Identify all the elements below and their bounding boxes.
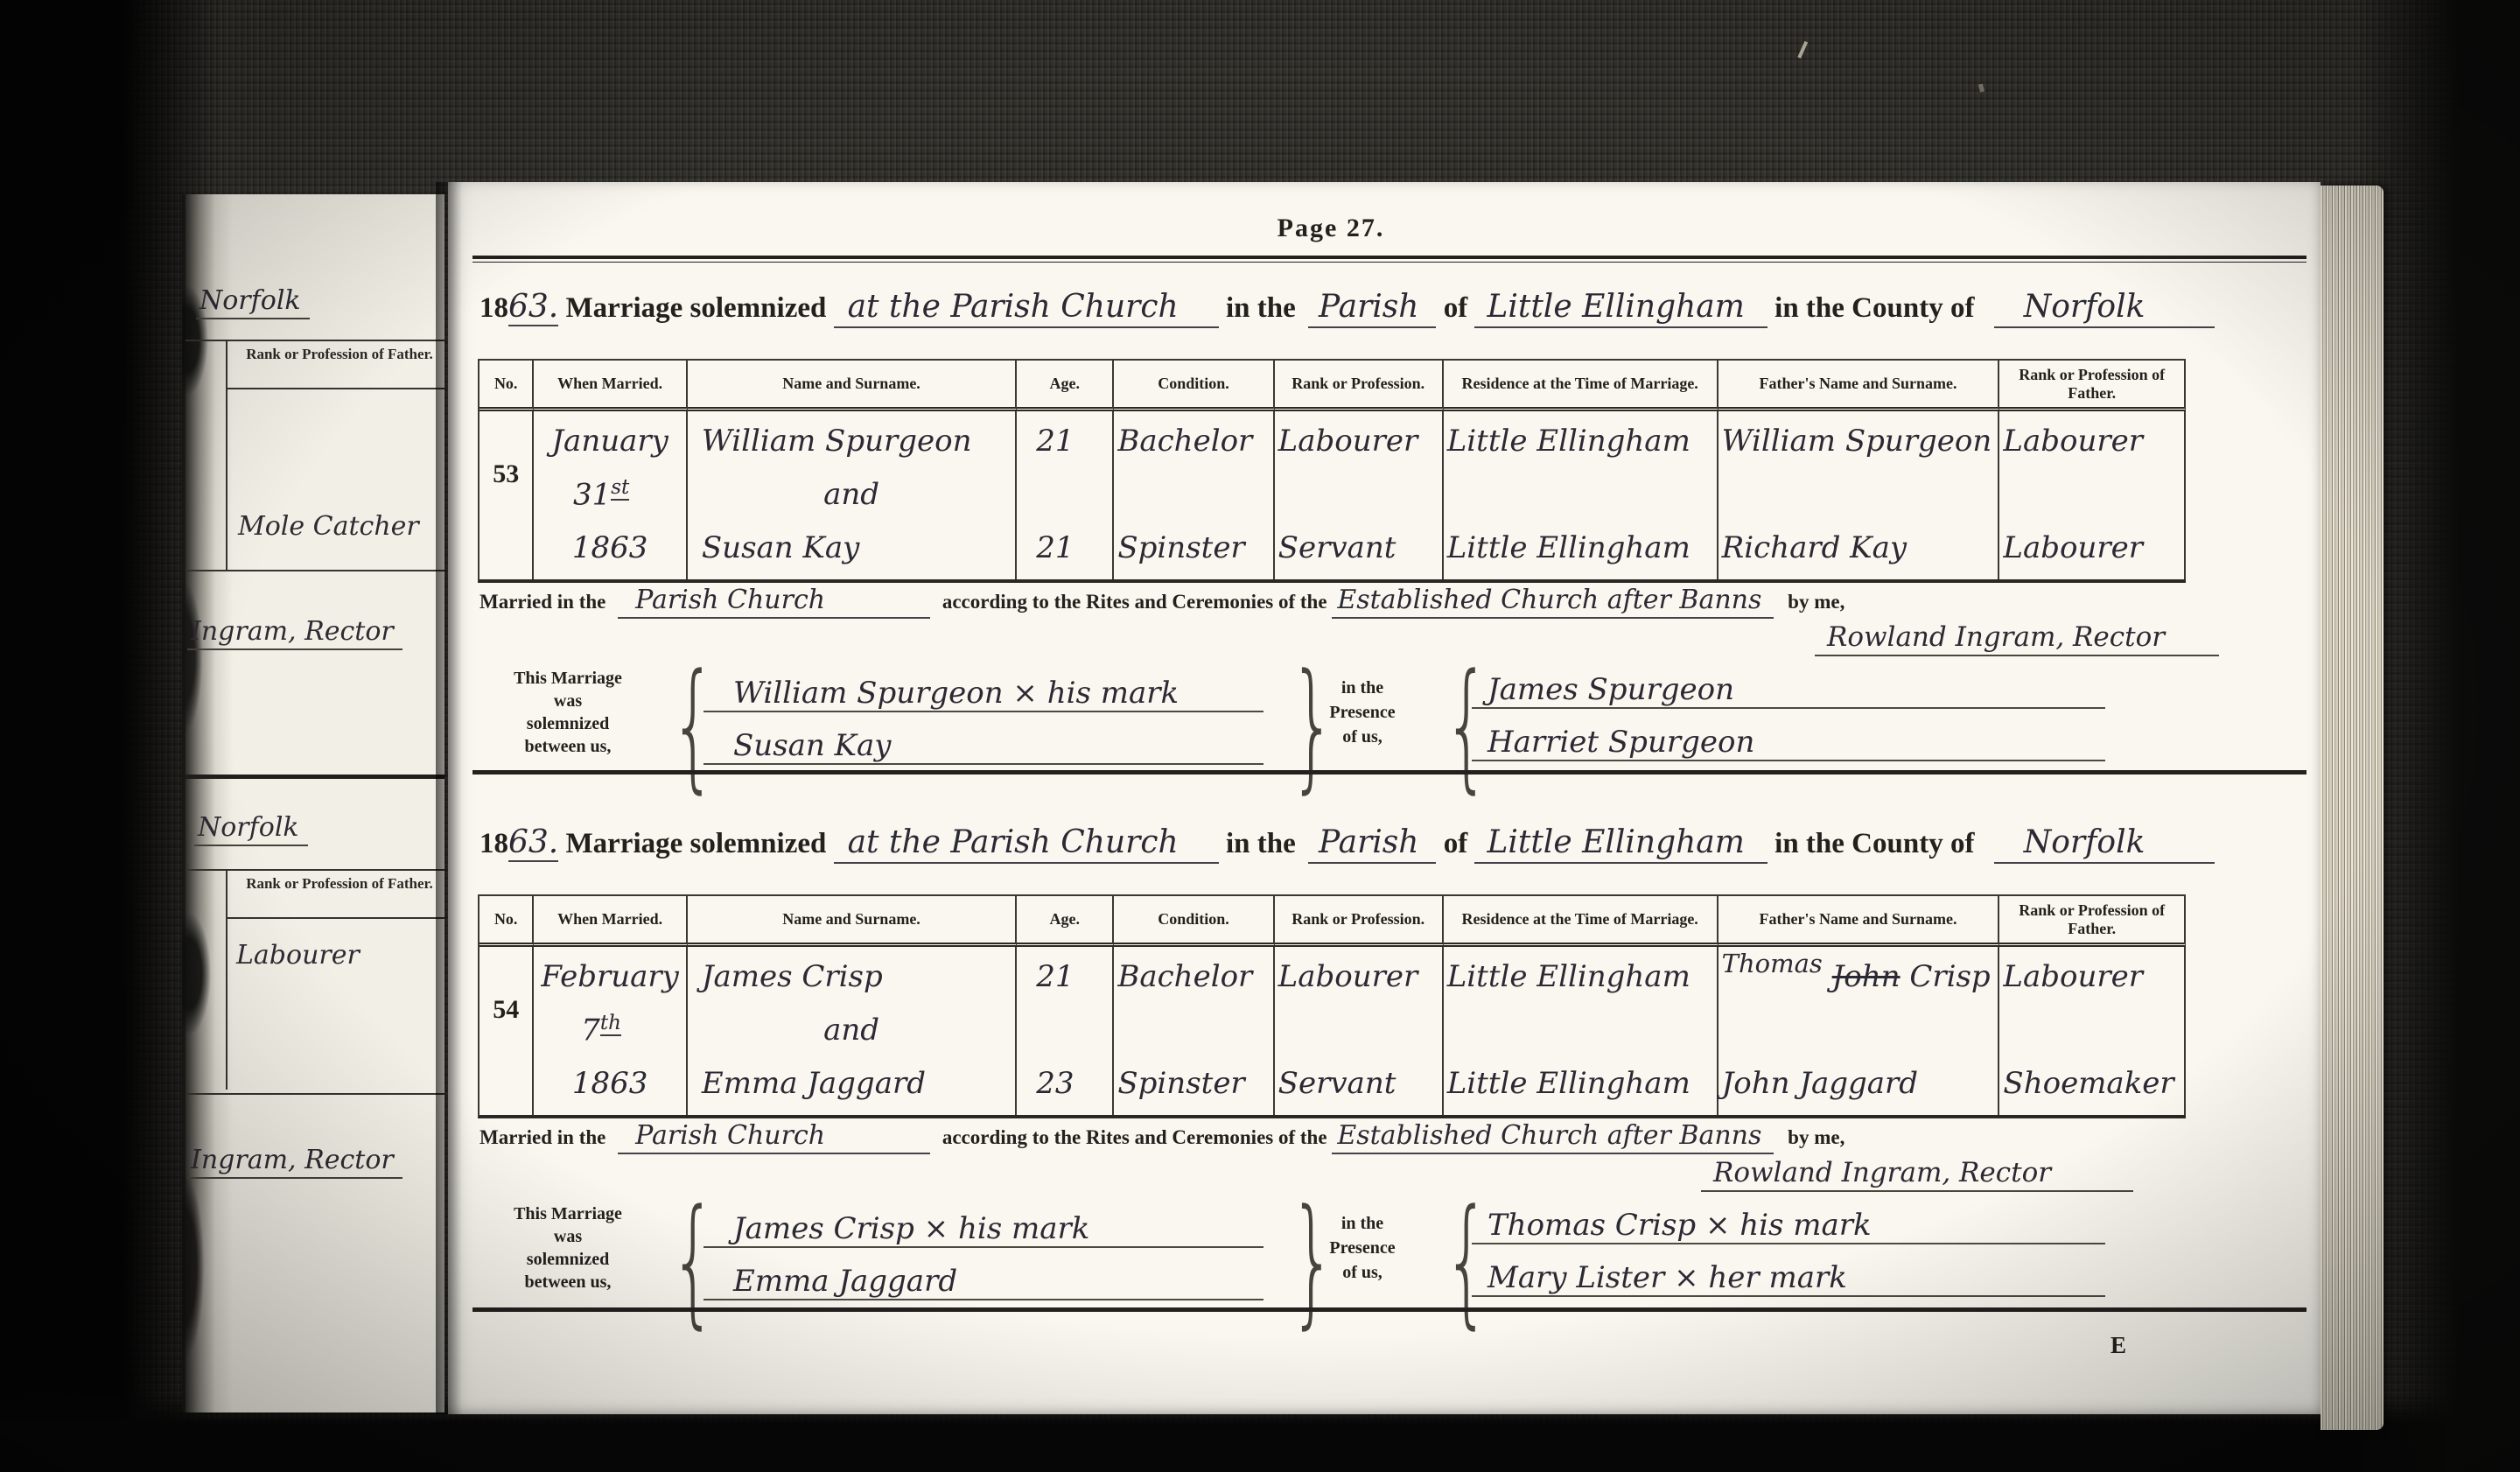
prev-column-header: Rank or Profession of Father. [243,345,436,363]
county-entry: Norfolk [1994,824,2215,864]
cell-residences: Little Ellingham Little Ellingham [1444,947,1718,1115]
place-entry: at the Parish Church [834,824,1219,864]
page-bottom-rule [472,1307,2306,1312]
witness-signatures: Thomas Crisp × his mark Mary Lister × he… [1472,1192,2105,1297]
cell-conditions: Bachelor Spinster [1114,947,1274,1115]
place-entry: at the Parish Church [834,289,1219,328]
cell-when-married: January 31st 1863 [534,411,688,579]
prev-county-entry: Norfolk [194,812,308,843]
prev-rector-signature: Ingram, Rector [187,616,402,647]
year-handwritten: 63. [508,289,558,326]
married-in-line: Married in the Parish Church according t… [479,1120,2240,1151]
married-place-entry: Parish Church [618,585,930,619]
county-of-label: in the County of [1774,292,1974,324]
register-page: Page 27. 1863. Marriage solemnized at th… [448,182,2320,1414]
column-border [226,869,227,1090]
parish-word-entry: Parish [1308,824,1436,864]
prev-county-entry: Norfolk [196,285,310,316]
marriage-record-53: 1863. Marriage solemnized at the Parish … [478,285,2238,788]
col-header-no: No. [479,896,534,947]
cell-names: James Crisp and Emma Jaggard [688,947,1017,1115]
witness-signature: James Spurgeon [1472,656,2105,709]
year-handwritten: 63. [508,824,558,862]
of-label: of [1444,828,1468,859]
witness-signature: Harriet Spurgeon [1472,709,2105,761]
county-entry: Norfolk [1994,289,2215,328]
by-me-label: by me, [1788,591,1844,613]
parish-entry: Little Ellingham [1474,289,1767,328]
previous-page-strip: Norfolk Rank or Profession of Father. Mo… [185,194,444,1412]
rule [226,917,444,919]
rule [185,570,444,571]
spouse-signatures: William Spurgeon × his mark Susan Kay [703,660,1263,765]
column-border [226,340,227,570]
cell-names: William Spurgeon and Susan Kay [688,411,1017,579]
year-prefix: 18 [479,292,508,324]
solemnized-label: Marriage solemnized [566,292,827,324]
col-header-rank: Rank or Profession. [1275,896,1444,947]
cell-ranks: Labourer Servant [1275,411,1444,579]
county-of-label: in the County of [1774,828,1974,859]
header-rule [472,256,2306,263]
col-header-when-married: When Married. [534,361,688,411]
witness-signature: Mary Lister × her mark [1472,1244,2105,1297]
prev-column-header: Rank or Profession of Father. [243,874,436,893]
cell-conditions: Bachelor Spinster [1114,411,1274,579]
rule [226,388,444,389]
groom-signature: James Crisp × his mark [703,1195,1263,1248]
col-header-age: Age. [1017,896,1114,947]
married-in-label: Married in the [479,1126,605,1148]
year-prefix: 18 [479,828,508,859]
col-header-residence: Residence at the Time of Marriage. [1444,361,1718,411]
married-in-line: Married in the Parish Church according t… [479,585,2240,615]
signature-block: This Marriage was solemnized between us,… [478,660,2238,784]
parish-word-entry: Parish [1308,289,1436,328]
col-header-condition: Condition. [1114,896,1274,947]
rites-label: according to the Rites and Ceremonies of… [942,1126,1327,1148]
groom-signature: William Spurgeon × his mark [703,660,1263,712]
this-marriage-label: This Marriage was solemnized between us, [481,667,654,758]
cell-residences: Little Ellingham Little Ellingham [1444,411,1718,579]
prev-father-rank-entry: Labourer [236,940,360,971]
register-table: No. When Married. Name and Surname. Age.… [478,894,2186,1118]
rule [185,869,444,871]
book-gutter-shadow [436,182,462,1414]
col-header-father-rank: Rank or Profession of Father. [1999,896,2186,947]
corrected-father-name: Thomas John Crisp [1722,959,1995,994]
register-table: No. When Married. Name and Surname. Age.… [478,359,2186,583]
col-header-name-surname: Name and Surname. [688,361,1017,411]
prev-father-rank-entry: Mole Catcher [238,511,419,542]
bride-signature: Susan Kay [703,712,1263,765]
col-header-name-surname: Name and Surname. [688,896,1017,947]
plate-letter: E [2110,1332,2127,1359]
record-divider-rule [472,770,2306,775]
this-marriage-label: This Marriage was solemnized between us, [481,1202,654,1293]
cell-fathers: William Spurgeon Richard Kay [1718,411,2000,579]
page-edge-stack [2320,186,2383,1430]
presence-label: in the Presence of us, [1305,676,1419,749]
col-header-no: No. [479,361,534,411]
witness-signature: Thomas Crisp × his mark [1472,1192,2105,1244]
col-header-when-married: When Married. [534,896,688,947]
col-header-age: Age. [1017,361,1114,411]
signature-block: This Marriage was solemnized between us,… [478,1195,2238,1320]
cell-fathers: Thomas John Crisp John Jaggard [1718,947,2000,1115]
presence-label: in the Presence of us, [1305,1211,1419,1285]
cell-ranks: Labourer Servant [1275,947,1444,1115]
cell-ages: 21 21 [1017,411,1114,579]
married-in-label: Married in the [479,591,605,613]
in-the-label: in the [1226,292,1296,324]
record-header: 1863. Marriage solemnized at the Parish … [479,289,2240,325]
marriage-record-54: 1863. Marriage solemnized at the Parish … [478,821,2238,1323]
col-header-rank: Rank or Profession. [1275,361,1444,411]
cell-father-ranks: Labourer Shoemaker [1999,947,2186,1115]
col-header-condition: Condition. [1114,361,1274,411]
col-header-father-rank: Rank or Profession of Father. [1999,361,2186,411]
of-label: of [1444,292,1468,324]
witness-signatures: James Spurgeon Harriet Spurgeon [1472,656,2105,761]
church-entry: Established Church after Banns [1332,585,1774,619]
prev-rector-signature: Ingram, Rector [187,1145,402,1175]
record-header: 1863. Marriage solemnized at the Parish … [479,824,2240,860]
rule [185,340,444,341]
rule [185,1093,444,1095]
col-header-father-name: Father's Name and Surname. [1718,361,2000,411]
rites-label: according to the Rites and Ceremonies of… [942,591,1327,613]
by-me-label: by me, [1788,1126,1844,1148]
col-header-father-name: Father's Name and Surname. [1718,896,2000,947]
cell-ages: 21 23 [1017,947,1114,1115]
parish-entry: Little Ellingham [1474,824,1767,864]
bride-signature: Emma Jaggard [703,1248,1263,1300]
marriage-register-scan: Norfolk Rank or Profession of Father. Mo… [0,0,2520,1472]
church-entry: Established Church after Banns [1332,1120,1774,1154]
married-place-entry: Parish Church [618,1120,930,1154]
page-number: Page 27. [478,214,2184,243]
record-divider [185,775,444,779]
spouse-signatures: James Crisp × his mark Emma Jaggard [703,1195,1263,1300]
col-header-residence: Residence at the Time of Marriage. [1444,896,1718,947]
in-the-label: in the [1226,828,1296,859]
cell-father-ranks: Labourer Labourer [1999,411,2186,579]
officiant-signature: Rowland Ingram, Rector [1815,621,2219,656]
officiant-signature: Rowland Ingram, Rector [1701,1157,2133,1192]
cell-when-married: February 7th 1863 [534,947,688,1115]
solemnized-label: Marriage solemnized [566,828,827,859]
